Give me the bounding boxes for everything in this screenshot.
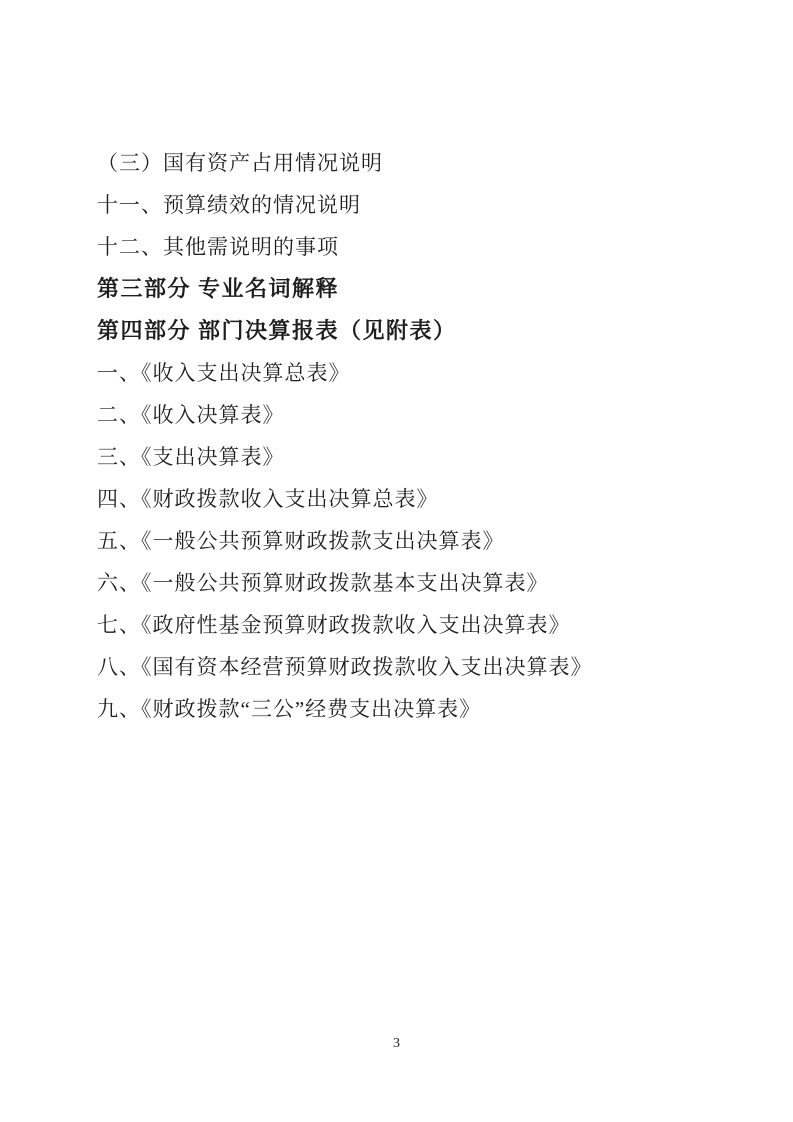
document-page: （三）国有资产占用情况说明 十一、预算绩效的情况说明 十二、其他需说明的事项 第…: [0, 0, 793, 1122]
page-footer: 3: [0, 1034, 793, 1054]
page-number: 3: [393, 1036, 400, 1051]
report-item-1: 一、《收入支出决算总表》: [97, 352, 753, 394]
heading-part4-final-account-tables: 第四部分 部门决算报表（见附表）: [97, 310, 753, 352]
heading-part3-terminology: 第三部分 专业名词解释: [97, 268, 753, 310]
document-body: （三）国有资产占用情况说明 十一、预算绩效的情况说明 十二、其他需说明的事项 第…: [97, 142, 753, 730]
report-item-4: 四、《财政拨款收入支出决算总表》: [97, 478, 753, 520]
report-item-9: 九、《财政拨款“三公”经费支出决算表》: [97, 688, 753, 730]
report-item-8: 八、《国有资本经营预算财政拨款收入支出决算表》: [97, 646, 753, 688]
entry-budget-performance-note: 十一、预算绩效的情况说明: [97, 184, 753, 226]
report-item-3: 三、《支出决算表》: [97, 436, 753, 478]
entry-state-assets-note: （三）国有资产占用情况说明: [97, 142, 753, 184]
entry-other-matters-note: 十二、其他需说明的事项: [97, 226, 753, 268]
report-item-2: 二、《收入决算表》: [97, 394, 753, 436]
report-item-6: 六、《一般公共预算财政拨款基本支出决算表》: [97, 562, 753, 604]
report-item-5: 五、《一般公共预算财政拨款支出决算表》: [97, 520, 753, 562]
report-item-7: 七、《政府性基金预算财政拨款收入支出决算表》: [97, 604, 753, 646]
